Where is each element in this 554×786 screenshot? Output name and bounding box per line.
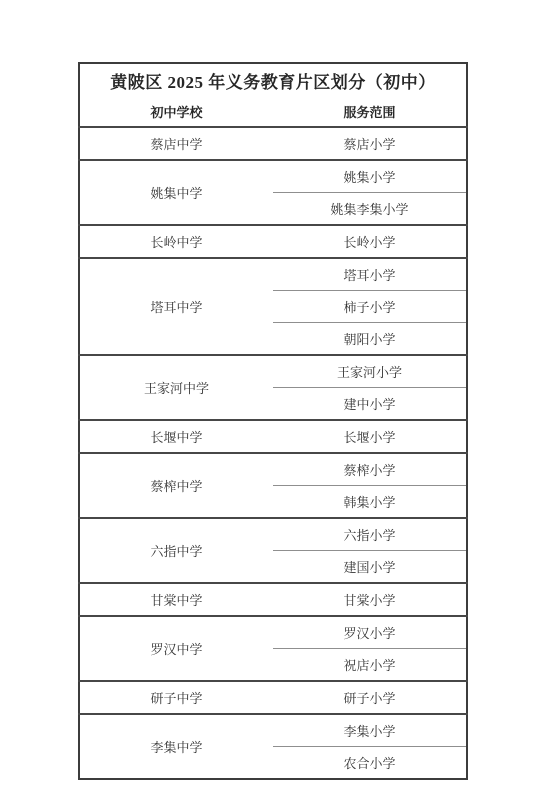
table-title-row: 黄陂区 2025 年义务教育片区划分（初中） bbox=[79, 63, 467, 96]
school-cell: 研子中学 bbox=[79, 681, 273, 714]
school-cell: 姚集中学 bbox=[79, 160, 273, 225]
area-cell: 祝店小学 bbox=[273, 649, 467, 682]
area-cell: 蔡店小学 bbox=[273, 127, 467, 160]
school-cell: 罗汉中学 bbox=[79, 616, 273, 681]
area-cell: 建国小学 bbox=[273, 551, 467, 584]
area-cell: 蔡榨小学 bbox=[273, 453, 467, 486]
table-body: 蔡店中学蔡店小学姚集中学姚集小学姚集李集小学长岭中学长岭小学塔耳中学塔耳小学柿子… bbox=[79, 127, 467, 779]
area-cell: 朝阳小学 bbox=[273, 323, 467, 356]
school-cell: 蔡店中学 bbox=[79, 127, 273, 160]
table-row: 蔡榨中学蔡榨小学 bbox=[79, 453, 467, 486]
school-cell: 王家河中学 bbox=[79, 355, 273, 420]
table-row: 罗汉中学罗汉小学 bbox=[79, 616, 467, 649]
table-row: 长堰中学长堰小学 bbox=[79, 420, 467, 453]
school-cell: 甘棠中学 bbox=[79, 583, 273, 616]
area-cell: 柿子小学 bbox=[273, 291, 467, 323]
area-cell: 研子小学 bbox=[273, 681, 467, 714]
column-header-school: 初中学校 bbox=[79, 96, 273, 127]
area-cell: 李集小学 bbox=[273, 714, 467, 747]
area-cell: 姚集李集小学 bbox=[273, 193, 467, 226]
table-row: 塔耳中学塔耳小学 bbox=[79, 258, 467, 291]
table-row: 蔡店中学蔡店小学 bbox=[79, 127, 467, 160]
area-cell: 甘棠小学 bbox=[273, 583, 467, 616]
school-cell: 长岭中学 bbox=[79, 225, 273, 258]
area-cell: 塔耳小学 bbox=[273, 258, 467, 291]
table-row: 甘棠中学甘棠小学 bbox=[79, 583, 467, 616]
area-cell: 农合小学 bbox=[273, 747, 467, 780]
school-cell: 六指中学 bbox=[79, 518, 273, 583]
school-cell: 李集中学 bbox=[79, 714, 273, 779]
table-row: 六指中学六指小学 bbox=[79, 518, 467, 551]
area-cell: 六指小学 bbox=[273, 518, 467, 551]
document-page: 黄陂区 2025 年义务教育片区划分（初中） 初中学校 服务范围 蔡店中学蔡店小… bbox=[0, 0, 554, 786]
column-header-scope: 服务范围 bbox=[273, 96, 467, 127]
area-cell: 长堰小学 bbox=[273, 420, 467, 453]
area-cell: 韩集小学 bbox=[273, 486, 467, 519]
table-row: 姚集中学姚集小学 bbox=[79, 160, 467, 193]
table-header-row: 初中学校 服务范围 bbox=[79, 96, 467, 127]
table-row: 研子中学研子小学 bbox=[79, 681, 467, 714]
school-cell: 蔡榨中学 bbox=[79, 453, 273, 518]
area-cell: 长岭小学 bbox=[273, 225, 467, 258]
area-cell: 罗汉小学 bbox=[273, 616, 467, 649]
school-cell: 长堰中学 bbox=[79, 420, 273, 453]
area-cell: 建中小学 bbox=[273, 388, 467, 421]
zone-table: 黄陂区 2025 年义务教育片区划分（初中） 初中学校 服务范围 蔡店中学蔡店小… bbox=[78, 62, 468, 780]
area-cell: 王家河小学 bbox=[273, 355, 467, 388]
table-row: 王家河中学王家河小学 bbox=[79, 355, 467, 388]
table-row: 李集中学李集小学 bbox=[79, 714, 467, 747]
school-cell: 塔耳中学 bbox=[79, 258, 273, 355]
table-row: 长岭中学长岭小学 bbox=[79, 225, 467, 258]
table-title: 黄陂区 2025 年义务教育片区划分（初中） bbox=[79, 63, 467, 96]
area-cell: 姚集小学 bbox=[273, 160, 467, 193]
